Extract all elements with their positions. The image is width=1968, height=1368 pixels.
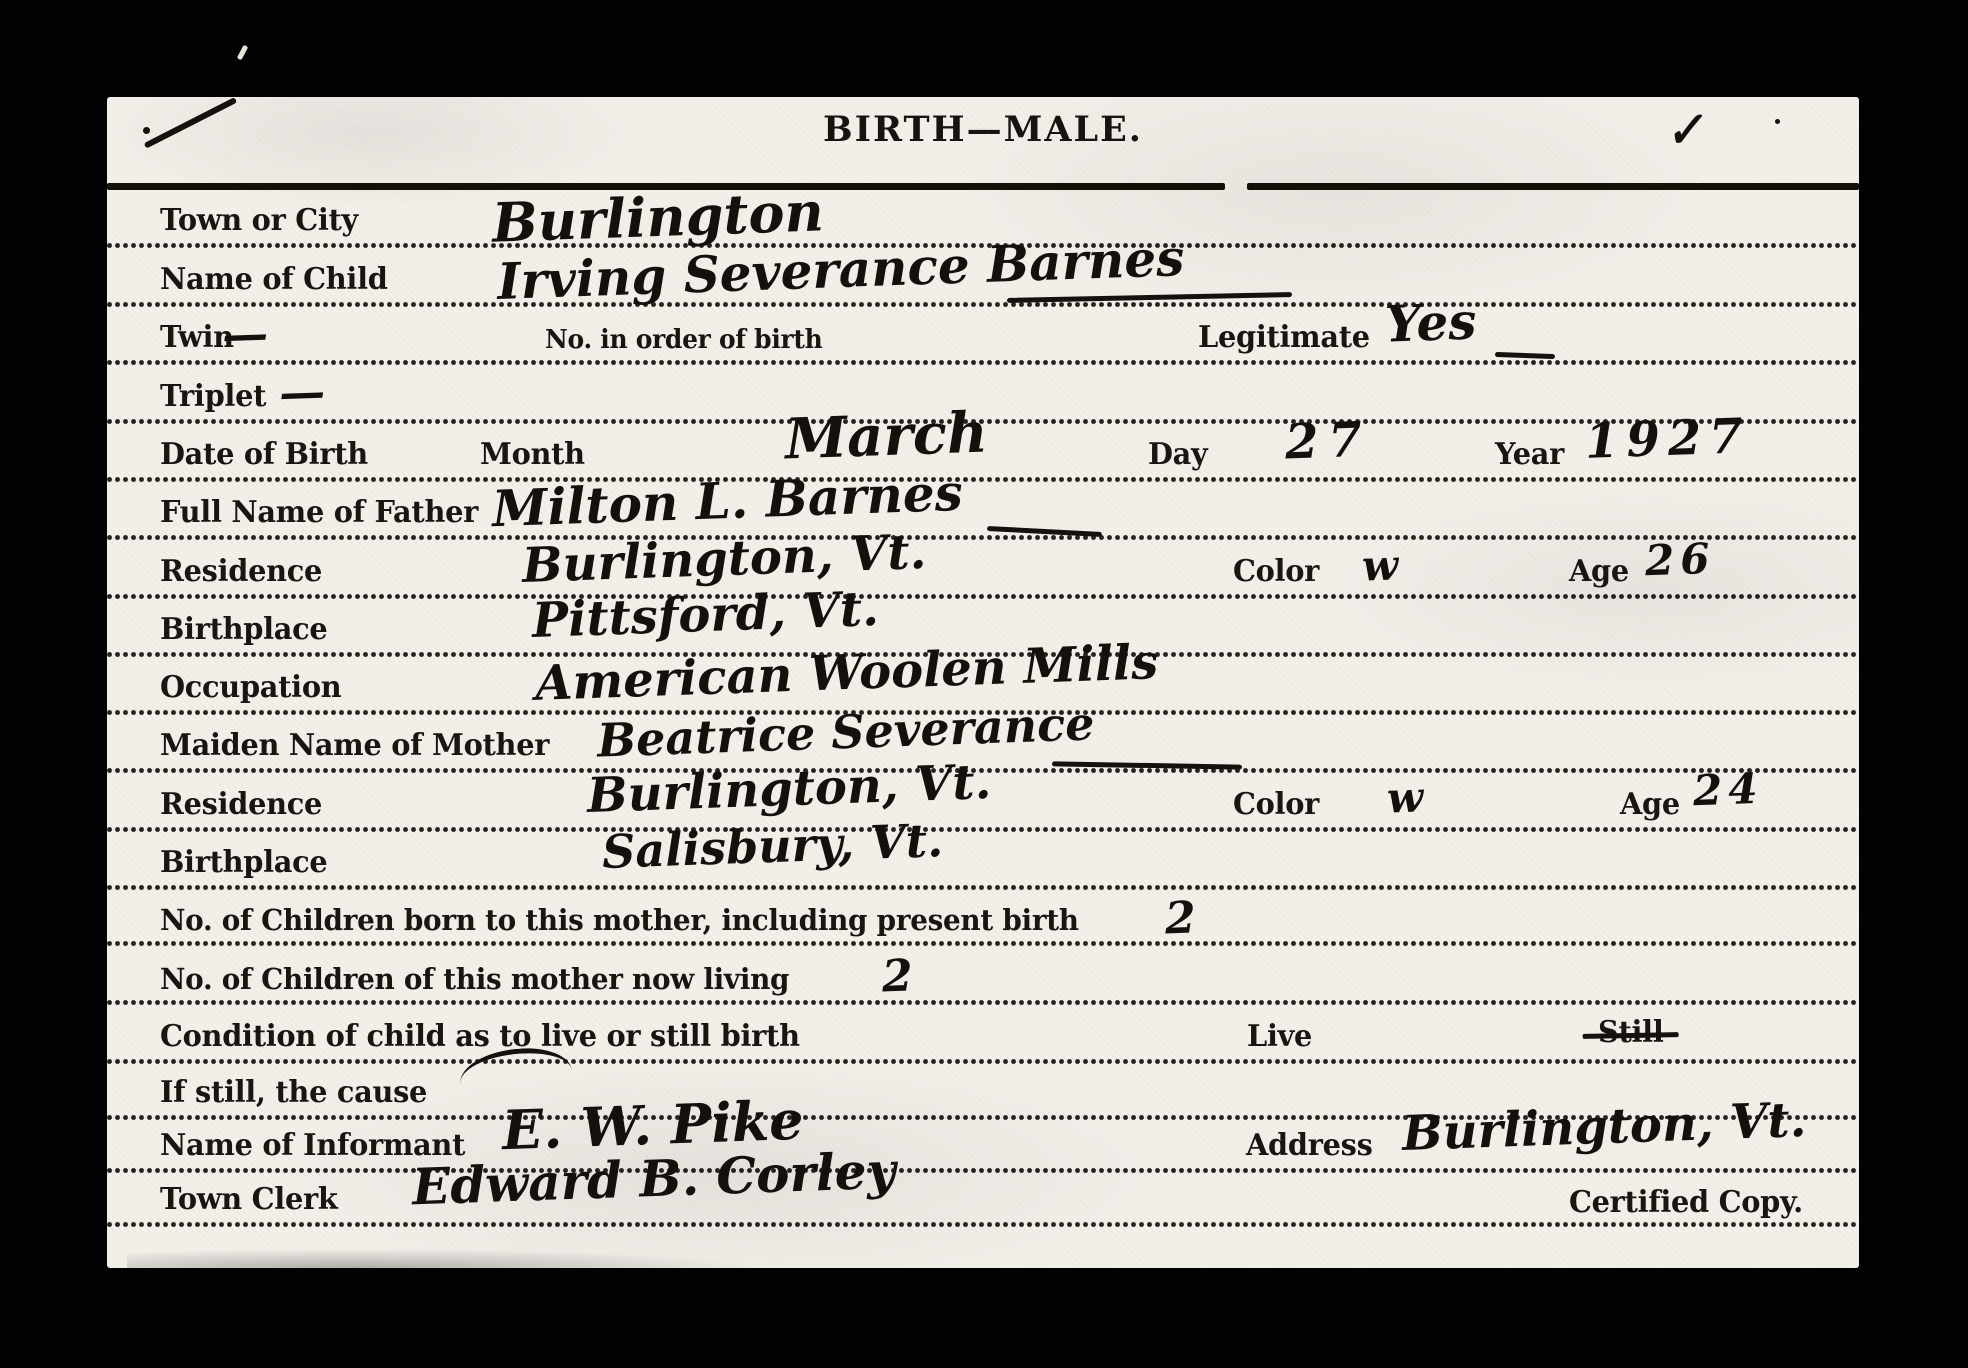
town-clerk-signature: Edward B. Corley [411, 1141, 896, 1217]
mother-age-value: 24 [1692, 764, 1764, 815]
name-of-child-label: Name of Child [160, 262, 388, 297]
children-living-value: 2 [881, 950, 913, 1002]
form-title: BIRTH—MALE. [107, 109, 1859, 150]
dotted-line [107, 477, 1859, 482]
mother-color-value: w [1386, 772, 1424, 822]
live-label: Live [1247, 1019, 1312, 1054]
occupation-label: Occupation [160, 670, 341, 705]
dotted-line [107, 827, 1859, 832]
mother-maiden-name-label: Maiden Name of Mother [160, 728, 549, 763]
dotted-line [107, 535, 1859, 540]
pen-tail [1495, 352, 1555, 359]
month-value: March [784, 399, 989, 472]
date-of-birth-label: Date of Birth [160, 437, 368, 472]
triplet-label: Triplet [160, 379, 266, 414]
twin-value: — [221, 306, 269, 362]
legitimate-value: Yes [1384, 291, 1477, 353]
mother-age-label: Age [1620, 787, 1680, 822]
mother-birthplace-value: Salisbury, Vt. [601, 813, 944, 879]
dotted-line [107, 1059, 1859, 1064]
mother-residence-label: Residence [160, 787, 322, 822]
triplet-value: — [278, 364, 326, 420]
mother-color-label: Color [1233, 787, 1319, 822]
father-name-label: Full Name of Father [160, 495, 478, 530]
dotted-line [107, 885, 1859, 890]
children-living-label: No. of Children of this mother now livin… [160, 962, 789, 996]
certified-copy-label: Certified Copy. [1569, 1185, 1803, 1220]
record-card: ✓ BIRTH—MALE. Town or City Burlington Na… [107, 97, 1859, 1268]
town-clerk-label: Town Clerk [160, 1182, 338, 1217]
children-born-label: No. of Children born to this mother, inc… [160, 903, 1079, 937]
legitimate-label: Legitimate [1198, 320, 1370, 355]
title-rule [1247, 183, 1859, 190]
father-color-label: Color [1233, 554, 1319, 589]
father-birthplace-value: Pittsford, Vt. [531, 581, 880, 649]
month-label: Month [480, 437, 585, 472]
dotted-line [107, 1000, 1859, 1005]
mother-birthplace-label: Birthplace [160, 845, 327, 880]
day-value: 27 [1284, 412, 1373, 471]
dotted-line [107, 1222, 1859, 1227]
margin-pen-tick [237, 45, 248, 61]
father-residence-label: Residence [160, 554, 322, 589]
year-value: 1927 [1584, 408, 1751, 470]
father-color-value: w [1361, 540, 1399, 590]
condition-label: Condition of child as to live or still b… [160, 1019, 800, 1054]
year-label: Year [1495, 437, 1564, 472]
still-label-struck: Still [1598, 1015, 1663, 1050]
town-or-city-label: Town or City [160, 203, 358, 238]
father-age-value: 26 [1644, 534, 1716, 585]
dotted-line [107, 594, 1859, 599]
number-in-order-of-birth-label: No. in order of birth [545, 325, 822, 355]
children-born-value: 2 [1164, 892, 1196, 944]
address-value: Burlington, Vt. [1401, 1092, 1807, 1162]
dotted-line [107, 302, 1859, 307]
father-age-label: Age [1569, 554, 1629, 589]
scanned-birth-record: ✓ BIRTH—MALE. Town or City Burlington Na… [0, 0, 1968, 1368]
day-label: Day [1148, 437, 1208, 472]
dotted-line [107, 360, 1859, 365]
father-birthplace-label: Birthplace [160, 612, 327, 647]
dotted-line [107, 1168, 1859, 1173]
address-label: Address [1246, 1128, 1373, 1163]
if-still-cause-label: If still, the cause [160, 1075, 427, 1110]
dotted-line [107, 941, 1859, 946]
